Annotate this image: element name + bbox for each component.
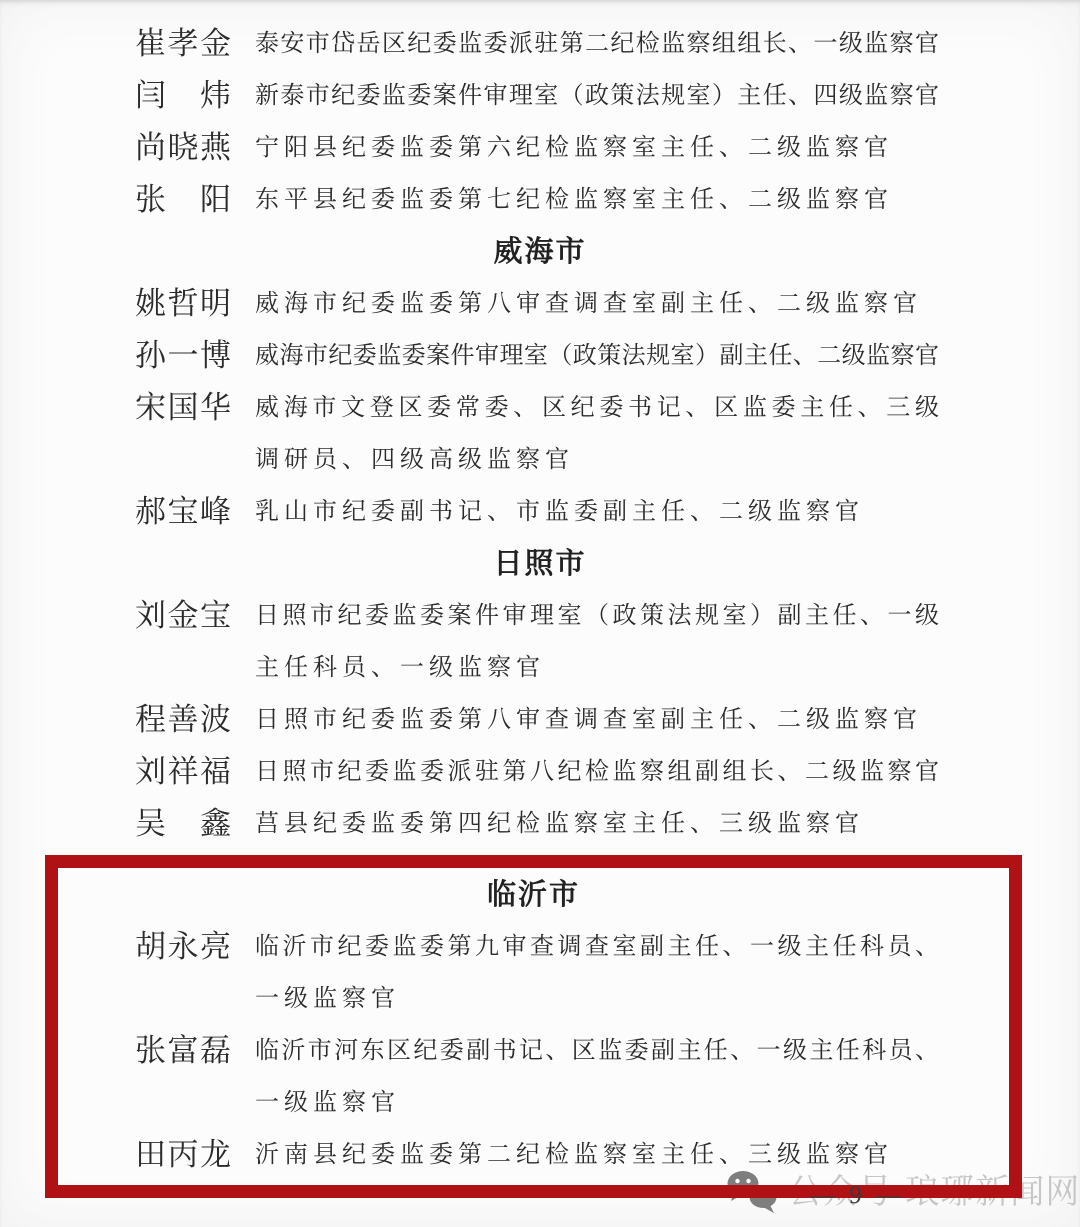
entry-description: 乳山市纪委副书记、市监委副主任、二级监察官 xyxy=(255,486,939,538)
entry-row: 张富磊 临沂市河东区纪委副书记、区监委副主任、一级主任科员、一级监察官 xyxy=(58,1025,1009,1129)
section-header: 威海市 xyxy=(0,226,1080,278)
document-section: 威海市 姚哲明 威海市纪委监委第八审查调查室副主任、二级监察官 孙一博 威海市纪… xyxy=(0,226,1080,538)
entry-description: 宁阳县纪委监委第六纪检监察室主任、二级监察官 xyxy=(255,122,939,174)
entry-name: 尚晓燕 xyxy=(135,122,231,174)
entry-description: 沂南县纪委监委第二纪检监察室主任、三级监察官 xyxy=(255,1129,939,1181)
entry-row: 刘金宝 日照市纪委监委案件审理室（政策法规室）副主任、一级主任科员、一级监察官 xyxy=(0,590,1080,694)
entry-description-line: 新泰市纪委监委案件审理室（政策法规室）主任、四级监察官 xyxy=(255,70,939,122)
entry-name: 程善波 xyxy=(135,694,231,746)
entry-row: 郝宝峰 乳山市纪委副书记、市监委副主任、二级监察官 xyxy=(0,486,1080,538)
entry-description-line: 威海市文登区委常委、区纪委书记、区监委主任、三级 xyxy=(255,382,939,434)
entry-description-line: 临沂市河东区纪委副书记、区监委副主任、一级主任科员、 xyxy=(255,1025,939,1077)
document-section: 日照市 刘金宝 日照市纪委监委案件审理室（政策法规室）副主任、一级主任科员、一级… xyxy=(0,538,1080,850)
entry-row: 宋国华 威海市文登区委常委、区纪委书记、区监委主任、三级调研员、四级高级监察官 xyxy=(0,382,1080,486)
entry-description-line: 威海市纪委监委第八审查调查室副主任、二级监察官 xyxy=(255,278,939,330)
entry-description: 日照市纪委监委案件审理室（政策法规室）副主任、一级主任科员、一级监察官 xyxy=(255,590,939,694)
entry-row: 孙一博 威海市纪委监委案件审理室（政策法规室）副主任、二级监察官 xyxy=(0,330,1080,382)
entry-description: 威海市纪委监委案件审理室（政策法规室）副主任、二级监察官 xyxy=(255,330,939,382)
document-page: { "document": { "sections": [ { "header"… xyxy=(0,0,1080,1227)
entry-row: 吴鑫 莒县纪委监委第四纪检监察室主任、三级监察官 xyxy=(0,798,1080,850)
entry-row: 闫炜 新泰市纪委监委案件审理室（政策法规室）主任、四级监察官 xyxy=(0,70,1080,122)
entry-description: 临沂市河东区纪委副书记、区监委副主任、一级主任科员、一级监察官 xyxy=(255,1025,939,1129)
entry-name: 田丙龙 xyxy=(135,1129,231,1181)
section-header: 日照市 xyxy=(0,538,1080,590)
entry-description-line: 威海市纪委监委案件审理室（政策法规室）副主任、二级监察官 xyxy=(255,330,939,382)
page-number: — 9 — xyxy=(810,1182,905,1210)
entry-description-line: 乳山市纪委副书记、市监委副主任、二级监察官 xyxy=(255,486,939,538)
entry-name: 郝宝峰 xyxy=(135,486,231,538)
entry-description: 日照市纪委监委派驻第八纪检监察组副组长、二级监察官 xyxy=(255,746,939,798)
entry-row: 崔孝金 泰安市岱岳区纪委监委派驻第二纪检监察组组长、一级监察官 xyxy=(0,18,1080,70)
entry-row: 张阳 东平县纪委监委第七纪检监察室主任、二级监察官 xyxy=(0,174,1080,226)
entry-description-line: 日照市纪委监委案件审理室（政策法规室）副主任、一级 xyxy=(255,590,939,642)
entry-description-line: 日照市纪委监委第八审查调查室副主任、二级监察官 xyxy=(255,694,939,746)
entry-name: 姚哲明 xyxy=(135,278,231,330)
entry-description-line: 一级监察官 xyxy=(255,1077,939,1129)
entry-name: 吴鑫 xyxy=(135,798,231,850)
entry-description: 威海市纪委监委第八审查调查室副主任、二级监察官 xyxy=(255,278,939,330)
entry-row: 田丙龙 沂南县纪委监委第二纪检监察室主任、三级监察官 xyxy=(58,1129,1009,1181)
entry-row: 程善波 日照市纪委监委第八审查调查室副主任、二级监察官 xyxy=(0,694,1080,746)
entry-description: 日照市纪委监委第八审查调查室副主任、二级监察官 xyxy=(255,694,939,746)
entry-description-line: 日照市纪委监委派驻第八纪检监察组副组长、二级监察官 xyxy=(255,746,939,798)
entry-name: 闫炜 xyxy=(135,70,231,122)
entry-description: 莒县纪委监委第四纪检监察室主任、三级监察官 xyxy=(255,798,939,850)
entry-description: 泰安市岱岳区纪委监委派驻第二纪检监察组组长、一级监察官 xyxy=(255,18,939,70)
entry-description-line: 莒县纪委监委第四纪检监察室主任、三级监察官 xyxy=(255,798,939,850)
entry-name: 崔孝金 xyxy=(135,18,231,70)
entry-name: 胡永亮 xyxy=(135,921,231,973)
document-body: 崔孝金 泰安市岱岳区纪委监委派驻第二纪检监察组组长、一级监察官 闫炜 新泰市纪委… xyxy=(0,0,1080,1198)
entry-description-line: 泰安市岱岳区纪委监委派驻第二纪检监察组组长、一级监察官 xyxy=(255,18,939,70)
entry-name: 宋国华 xyxy=(135,382,231,434)
entry-description-line: 调研员、四级高级监察官 xyxy=(255,434,939,486)
highlighted-section: 临沂市 胡永亮 临沂市纪委监委第九审查调查室副主任、一级主任科员、一级监察官 张… xyxy=(45,855,1022,1198)
entry-description: 新泰市纪委监委案件审理室（政策法规室）主任、四级监察官 xyxy=(255,70,939,122)
entry-description-line: 沂南县纪委监委第二纪检监察室主任、三级监察官 xyxy=(255,1129,939,1181)
entry-row: 姚哲明 威海市纪委监委第八审查调查室副主任、二级监察官 xyxy=(0,278,1080,330)
entry-description-line: 主任科员、一级监察官 xyxy=(255,642,939,694)
entry-description: 临沂市纪委监委第九审查调查室副主任、一级主任科员、一级监察官 xyxy=(255,921,939,1025)
document-section: 崔孝金 泰安市岱岳区纪委监委派驻第二纪检监察组组长、一级监察官 闫炜 新泰市纪委… xyxy=(0,18,1080,226)
entry-name: 孙一博 xyxy=(135,330,231,382)
entry-row: 胡永亮 临沂市纪委监委第九审查调查室副主任、一级主任科员、一级监察官 xyxy=(58,921,1009,1025)
entry-description: 威海市文登区委常委、区纪委书记、区监委主任、三级调研员、四级高级监察官 xyxy=(255,382,939,486)
entry-name: 张富磊 xyxy=(135,1025,231,1077)
section-header: 临沂市 xyxy=(58,869,1009,921)
entry-row: 尚晓燕 宁阳县纪委监委第六纪检监察室主任、二级监察官 xyxy=(0,122,1080,174)
entry-description-line: 一级监察官 xyxy=(255,973,939,1025)
entry-description-line: 临沂市纪委监委第九审查调查室副主任、一级主任科员、 xyxy=(255,921,939,973)
entry-name: 张阳 xyxy=(135,174,231,226)
entry-row: 刘祥福 日照市纪委监委派驻第八纪检监察组副组长、二级监察官 xyxy=(0,746,1080,798)
entry-description: 东平县纪委监委第七纪检监察室主任、二级监察官 xyxy=(255,174,939,226)
entry-name: 刘祥福 xyxy=(135,746,231,798)
entry-description-line: 东平县纪委监委第七纪检监察室主任、二级监察官 xyxy=(255,174,939,226)
entry-name: 刘金宝 xyxy=(135,590,231,642)
entry-description-line: 宁阳县纪委监委第六纪检监察室主任、二级监察官 xyxy=(255,122,939,174)
